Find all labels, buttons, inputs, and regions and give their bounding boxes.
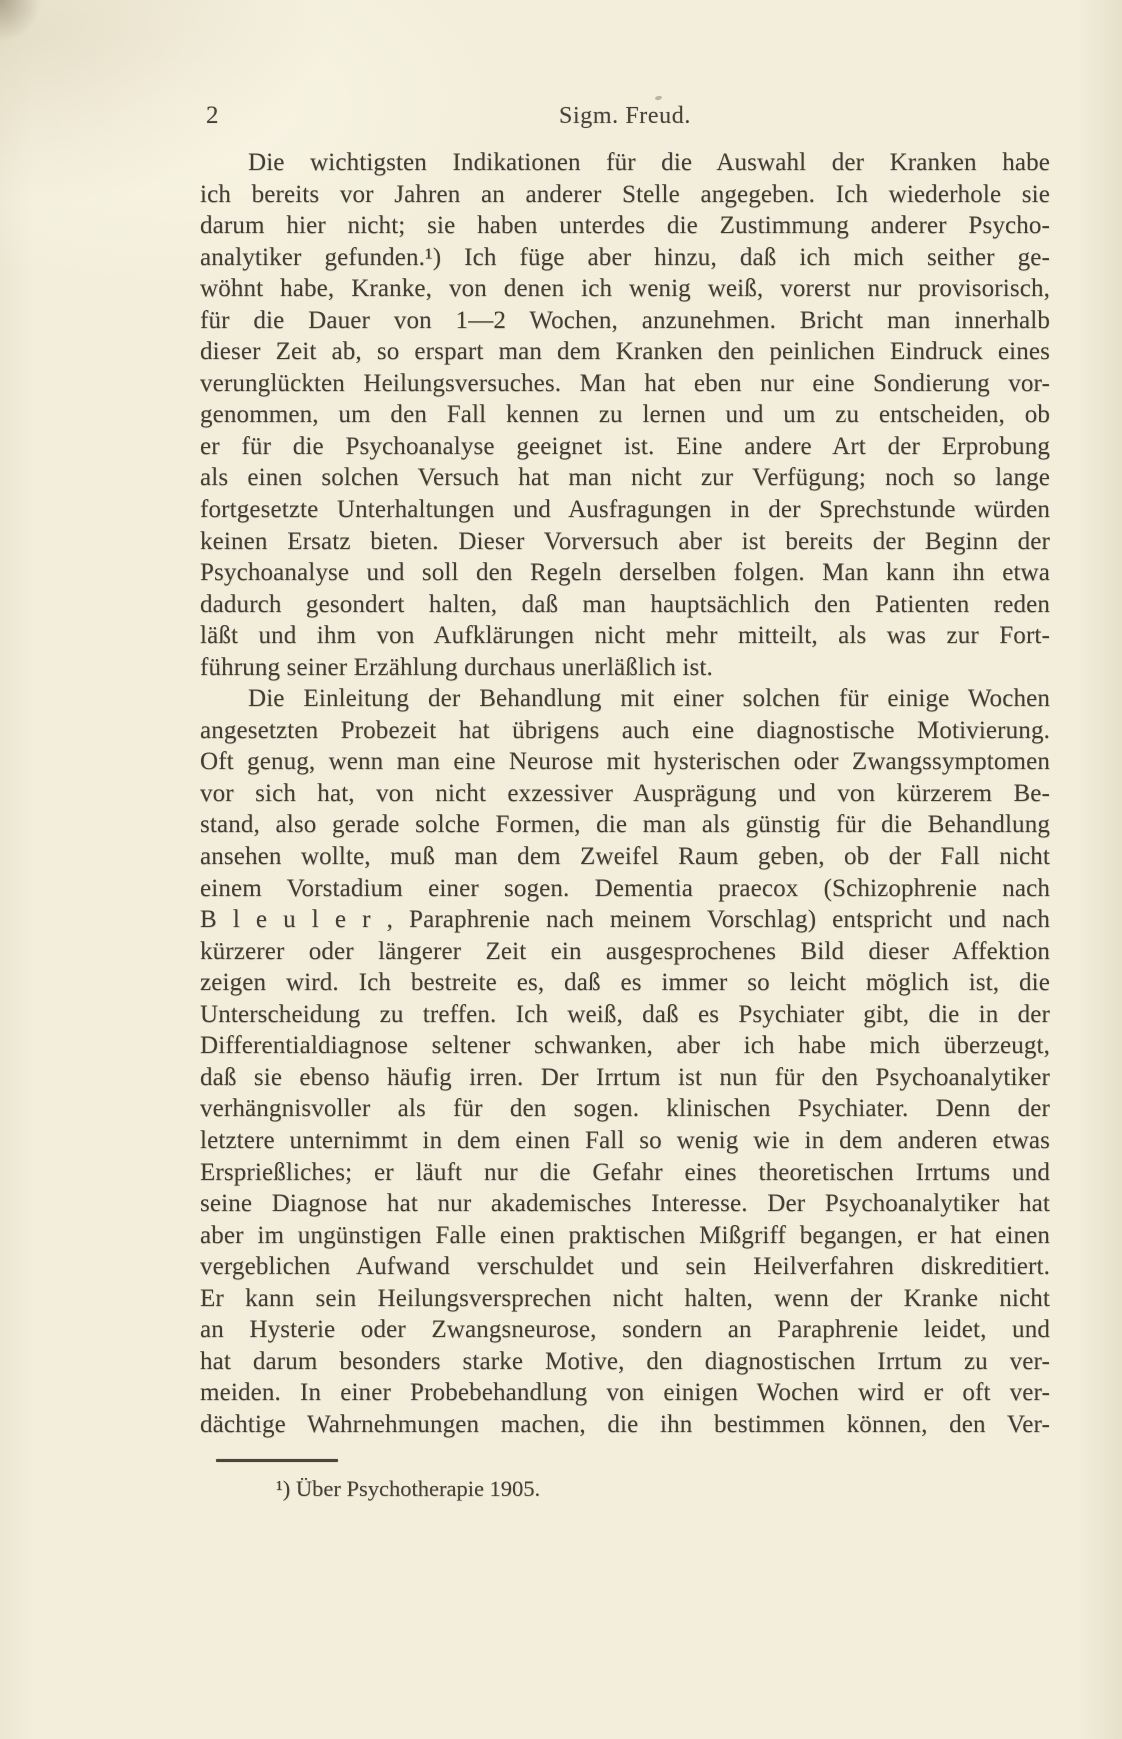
text-line: aber im ungünstigen Falle einen praktisc… xyxy=(200,1220,1050,1252)
text-line: Differentialdiagnose seltener schwanken,… xyxy=(200,1030,1050,1062)
body-text: Die wichtigsten Indikationen für die Aus… xyxy=(200,147,1050,1440)
text-line: B l e u l e r , Paraphrenie nach meinem … xyxy=(200,904,1050,936)
text-line: dächtige Wahrnehmungen machen, die ihn b… xyxy=(200,1409,1050,1441)
text-line: fortgesetzte Unterhaltungen und Ausfragu… xyxy=(200,494,1050,526)
text-line: seine Diagnose hat nur akademisches Inte… xyxy=(200,1188,1050,1220)
text-line: wöhnt habe, Kranke, von denen ich wenig … xyxy=(200,273,1050,305)
text-line: läßt und ihm von Aufklärungen nicht mehr… xyxy=(200,620,1050,652)
text-line: genommen, um den Fall kennen zu lernen u… xyxy=(200,399,1050,431)
text-line: ich bereits vor Jahren an anderer Stelle… xyxy=(200,179,1050,211)
text-line: darum hier nicht; sie haben unterdes die… xyxy=(200,210,1050,242)
book-page: 2 Sigm. Freud. Die wichtigsten Indikatio… xyxy=(0,0,1122,1739)
footnote-separator xyxy=(216,1459,338,1462)
text-line: Er kann sein Heilungsversprechen nicht h… xyxy=(200,1283,1050,1315)
text-line: er für die Psychoanalyse geeignet ist. E… xyxy=(200,431,1050,463)
page-header: 2 Sigm. Freud. xyxy=(200,100,1050,132)
text-line: an Hysterie oder Zwangsneurose, sondern … xyxy=(200,1314,1050,1346)
text-line: verhängnisvoller als für den sogen. klin… xyxy=(200,1093,1050,1125)
text-line: Ersprießliches; er läuft nur die Gefahr … xyxy=(200,1157,1050,1189)
text-line: für die Dauer von 1—2 Wochen, anzunehmen… xyxy=(200,305,1050,337)
footnote-text: ¹) Über Psychotherapie 1905. xyxy=(200,1474,1050,1504)
text-line: einem Vorstadium einer sogen. Dementia p… xyxy=(200,873,1050,905)
text-line: vergeblichen Aufwand verschuldet und sei… xyxy=(200,1251,1050,1283)
text-line: angesetzten Probezeit hat übrigens auch … xyxy=(200,715,1050,747)
text-line: ansehen wollte, muß man dem Zweifel Raum… xyxy=(200,841,1050,873)
text-line: kürzerer oder längerer Zeit ein ausgespr… xyxy=(200,936,1050,968)
text-line: meiden. In einer Probebehandlung von ein… xyxy=(200,1377,1050,1409)
text-line: dieser Zeit ab, so erspart man dem Krank… xyxy=(200,336,1050,368)
text-line: stand, also gerade solche Formen, die ma… xyxy=(200,809,1050,841)
text-line: keinen Ersatz bieten. Dieser Vorversuch … xyxy=(200,526,1050,558)
text-line: daß sie ebenso häufig irren. Der Irrtum … xyxy=(200,1062,1050,1094)
text-line: Die wichtigsten Indikationen für die Aus… xyxy=(200,147,1050,179)
text-line: analytiker gefunden.¹) Ich füge aber hin… xyxy=(200,242,1050,274)
text-line: führung seiner Erzählung durchaus unerlä… xyxy=(200,652,1050,684)
text-line: Psychoanalyse und soll den Regeln dersel… xyxy=(200,557,1050,589)
text-line: verunglückten Heilungsversuches. Man hat… xyxy=(200,368,1050,400)
page-number: 2 xyxy=(206,100,219,132)
text-line: als einen solchen Versuch hat man nicht … xyxy=(200,462,1050,494)
text-line: dadurch gesondert halten, daß man haupts… xyxy=(200,589,1050,621)
text-line: letztere unternimmt in dem einen Fall so… xyxy=(200,1125,1050,1157)
running-header: Sigm. Freud. xyxy=(200,100,1050,132)
text-line: Oft genug, wenn man eine Neurose mit hys… xyxy=(200,746,1050,778)
text-line: Die Einleitung der Behandlung mit einer … xyxy=(200,683,1050,715)
text-line: Unterscheidung zu treffen. Ich weiß, daß… xyxy=(200,999,1050,1031)
text-line: vor sich hat, von nicht exzessiver Auspr… xyxy=(200,778,1050,810)
text-line: hat darum besonders starke Motive, den d… xyxy=(200,1346,1050,1378)
text-line: zeigen wird. Ich bestreite es, daß es im… xyxy=(200,967,1050,999)
